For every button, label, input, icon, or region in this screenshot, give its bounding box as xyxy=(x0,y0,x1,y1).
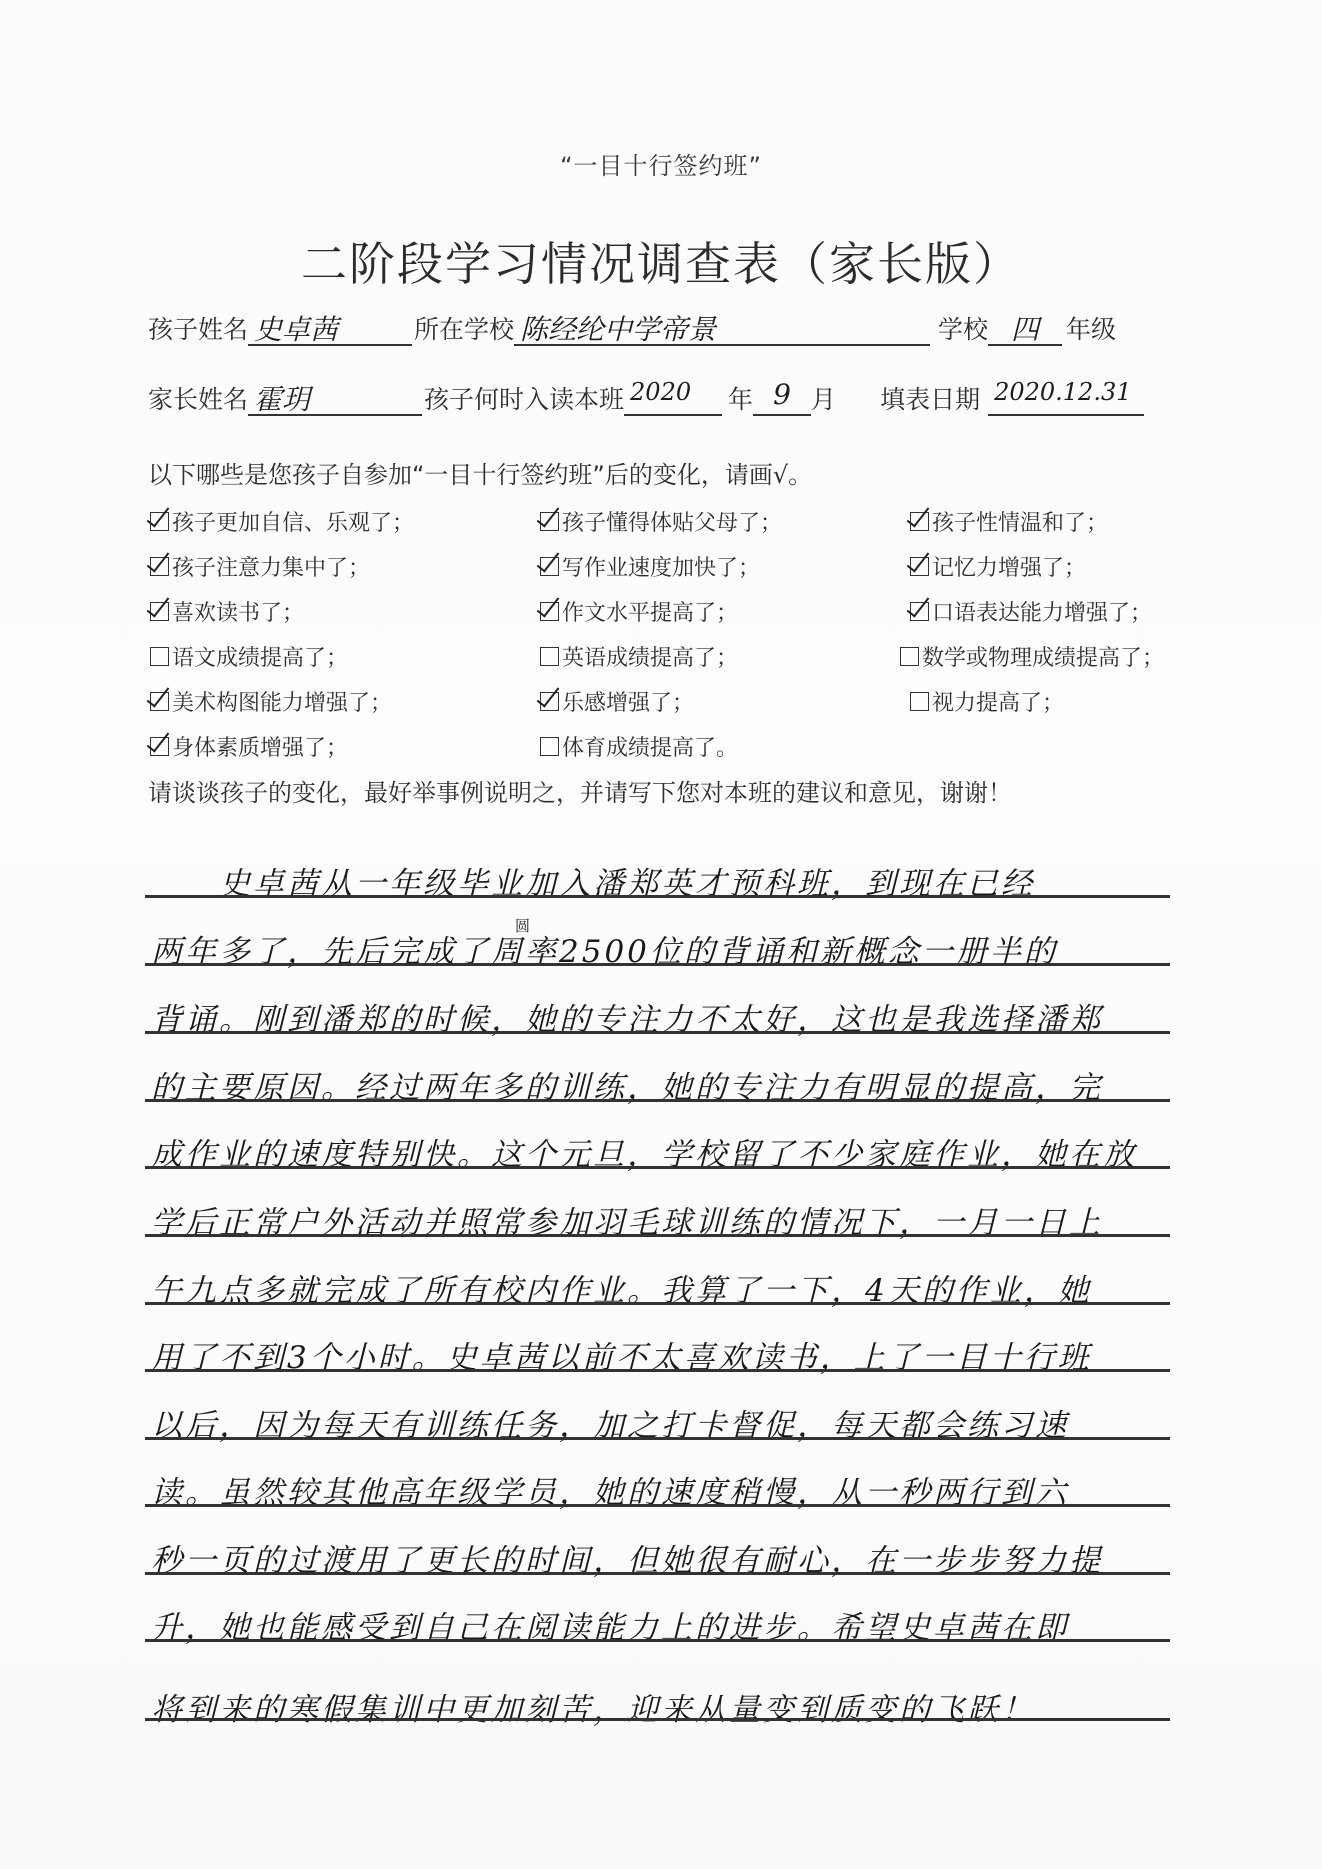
ruled-line xyxy=(145,1572,1170,1575)
checkbox-checked-icon[interactable] xyxy=(150,737,169,756)
child-name-label: 孩子姓名 xyxy=(148,310,248,346)
form-subtitle: “一目十行签约班” xyxy=(0,146,1322,181)
check-item-attention[interactable]: 孩子注意力集中了； xyxy=(150,551,370,582)
date-field[interactable]: 2020.12.31 xyxy=(988,378,1144,416)
check-item-chinese-grades[interactable]: 语文成绩提高了； xyxy=(150,641,348,672)
checkbox-checked-icon[interactable] xyxy=(910,512,929,531)
checkbox-checked-icon[interactable] xyxy=(540,692,559,711)
check-item-physical-fitness[interactable]: 身体素质增强了； xyxy=(150,731,348,762)
check-item-art-composition[interactable]: 美术构图能力增强了； xyxy=(150,686,392,717)
parent-info-row: 家长姓名霍玥孩子何时入读本班2020年9月填表日期2020.12.31 xyxy=(148,378,1144,416)
grade-field[interactable]: 四 xyxy=(988,308,1062,346)
ruled-line xyxy=(145,1031,1170,1034)
checkbox-checked-icon[interactable] xyxy=(150,692,169,711)
ruled-line xyxy=(145,1234,1170,1237)
ruled-line xyxy=(145,1369,1170,1372)
checkbox-checked-icon[interactable] xyxy=(540,602,559,621)
ruled-line xyxy=(145,895,1170,898)
checkbox-checked-icon[interactable] xyxy=(540,512,559,531)
month-label: 月 xyxy=(811,380,836,416)
checkbox-checked-icon[interactable] xyxy=(910,602,929,621)
check-item-considerate[interactable]: 孩子懂得体贴父母了； xyxy=(540,506,782,537)
check-item-temper[interactable]: 孩子性情温和了； xyxy=(910,506,1108,537)
check-item-confidence[interactable]: 孩子更加自信、乐观了； xyxy=(150,506,414,537)
enroll-year-field[interactable]: 2020 xyxy=(624,378,722,416)
parent-name-field[interactable]: 霍玥 xyxy=(248,378,422,416)
enroll-label: 孩子何时入读本班 xyxy=(424,380,624,416)
checkbox-checked-icon[interactable] xyxy=(910,557,929,576)
checkbox-checked-icon[interactable] xyxy=(150,602,169,621)
parent-name-label: 家长姓名 xyxy=(148,380,248,416)
ruled-line xyxy=(145,1302,1170,1305)
ruled-line xyxy=(145,1718,1170,1721)
check-item-memory[interactable]: 记忆力增强了； xyxy=(910,551,1086,582)
ruled-line xyxy=(145,1099,1170,1102)
enroll-month-field[interactable]: 9 xyxy=(753,378,811,416)
feedback-request: 请谈谈孩子的变化，最好举事例说明之，并请写下您对本班的建议和意见，谢谢！ xyxy=(148,773,1012,808)
check-item-eyesight[interactable]: 视力提高了； xyxy=(910,686,1064,717)
handwritten-line: 将到来的寒假集训中更加刻苦，迎来从量变到质变的飞跃！ xyxy=(151,1684,1166,1729)
school-label: 所在学校 xyxy=(414,310,514,346)
checkbox-empty-icon[interactable] xyxy=(900,647,919,666)
child-name-field[interactable]: 史卓茜 xyxy=(248,308,412,346)
year-label: 年 xyxy=(728,380,753,416)
check-item-pe-grades[interactable]: 体育成绩提高了。 xyxy=(540,731,738,762)
check-item-musical-sense[interactable]: 乐感增强了； xyxy=(540,686,694,717)
check-item-writing[interactable]: 作文水平提高了； xyxy=(540,596,738,627)
checkbox-empty-icon[interactable] xyxy=(540,647,559,666)
check-item-likes-reading[interactable]: 喜欢读书了； xyxy=(150,596,304,627)
checkbox-empty-icon[interactable] xyxy=(540,737,559,756)
date-label: 填表日期 xyxy=(880,380,980,416)
school-field[interactable]: 陈经纶中学帝景 xyxy=(514,308,930,346)
ruled-line xyxy=(145,1504,1170,1507)
check-item-homework-speed[interactable]: 写作业速度加快了； xyxy=(540,551,760,582)
grade-label: 年级 xyxy=(1066,310,1116,346)
ruled-line xyxy=(145,963,1170,966)
ruled-line xyxy=(145,1437,1170,1440)
check-item-english-grades[interactable]: 英语成绩提高了； xyxy=(540,641,738,672)
check-item-math-physics-grades[interactable]: 数学或物理成绩提高了； xyxy=(900,641,1164,672)
grade-school-label: 学校 xyxy=(938,310,988,346)
checkbox-empty-icon[interactable] xyxy=(150,647,169,666)
survey-form-page: “一目十行签约班” 二阶段学习情况调查表（家长版） 孩子姓名史卓茜所在学校陈经纶… xyxy=(0,0,1322,1869)
ruled-line xyxy=(145,1639,1170,1642)
check-item-oral-expression[interactable]: 口语表达能力增强了； xyxy=(910,596,1152,627)
child-info-row: 孩子姓名史卓茜所在学校陈经纶中学帝景学校四年级 xyxy=(148,308,1116,346)
ruled-line xyxy=(145,1166,1170,1169)
checkbox-empty-icon[interactable] xyxy=(910,692,929,711)
checkbox-checked-icon[interactable] xyxy=(150,557,169,576)
checklist-prompt: 以下哪些是您孩子自参加“一目十行签约班”后的变化，请画√。 xyxy=(148,455,812,490)
form-title: 二阶段学习情况调查表（家长版） xyxy=(0,228,1322,294)
checkbox-checked-icon[interactable] xyxy=(540,557,559,576)
checkbox-checked-icon[interactable] xyxy=(150,512,169,531)
